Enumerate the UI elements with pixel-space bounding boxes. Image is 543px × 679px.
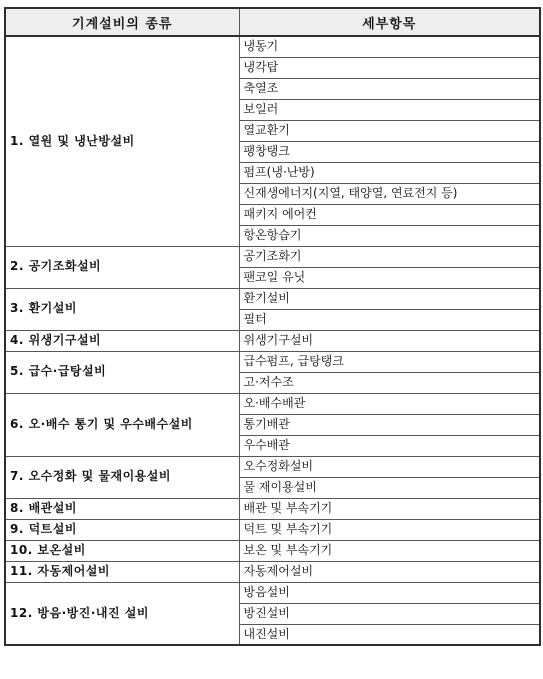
category-cell: 2. 공기조화설비 (5, 246, 239, 288)
item-cell: 방진설비 (239, 603, 540, 624)
item-cell: 열교환기 (239, 120, 540, 141)
table-row: 3. 환기설비환기설비 (5, 288, 540, 309)
equipment-table: 기계설비의 종류 세부항목 1. 열원 및 냉난방설비냉동기냉각탑축열조보일러열… (4, 7, 541, 646)
item-cell: 급수펌프, 급탕탱크 (239, 351, 540, 372)
item-cell: 펌프(냉·난방) (239, 162, 540, 183)
item-cell: 고·저수조 (239, 372, 540, 393)
item-cell: 환기설비 (239, 288, 540, 309)
table-row: 1. 열원 및 냉난방설비냉동기 (5, 36, 540, 57)
table-row: 8. 배관설비배관 및 부속기기 (5, 498, 540, 519)
item-cell: 위생기구설비 (239, 330, 540, 351)
table-row: 6. 오·배수 통기 및 우수배수설비오·배수배관 (5, 393, 540, 414)
header-row: 기계설비의 종류 세부항목 (5, 8, 540, 36)
table-row: 9. 덕트설비덕트 및 부속기기 (5, 519, 540, 540)
item-cell: 방음설비 (239, 582, 540, 603)
item-cell: 패키지 에어컨 (239, 204, 540, 225)
category-cell: 10. 보온설비 (5, 540, 239, 561)
category-cell: 12. 방음·방진·내진 설비 (5, 582, 239, 645)
category-cell: 5. 급수·급탕설비 (5, 351, 239, 393)
item-cell: 필터 (239, 309, 540, 330)
document-page: 기계설비의 종류 세부항목 1. 열원 및 냉난방설비냉동기냉각탑축열조보일러열… (0, 0, 543, 679)
item-cell: 신재생에너지(지열, 태양열, 연료전지 등) (239, 183, 540, 204)
table-row: 11. 자동제어설비자동제어설비 (5, 561, 540, 582)
table-body: 1. 열원 및 냉난방설비냉동기냉각탑축열조보일러열교환기팽창탱크펌프(냉·난방… (5, 36, 540, 645)
column-header-category: 기계설비의 종류 (5, 8, 239, 36)
table-row: 4. 위생기구설비위생기구설비 (5, 330, 540, 351)
category-cell: 1. 열원 및 냉난방설비 (5, 36, 239, 246)
item-cell: 보일러 (239, 99, 540, 120)
table-row: 5. 급수·급탕설비급수펌프, 급탕탱크 (5, 351, 540, 372)
item-cell: 우수배관 (239, 435, 540, 456)
item-cell: 물 재이용설비 (239, 477, 540, 498)
item-cell: 오·배수배관 (239, 393, 540, 414)
category-cell: 11. 자동제어설비 (5, 561, 239, 582)
item-cell: 냉각탑 (239, 57, 540, 78)
item-cell: 축열조 (239, 78, 540, 99)
category-cell: 9. 덕트설비 (5, 519, 239, 540)
table-row: 10. 보온설비보온 및 부속기기 (5, 540, 540, 561)
item-cell: 자동제어설비 (239, 561, 540, 582)
column-header-detail: 세부항목 (239, 8, 540, 36)
table-header: 기계설비의 종류 세부항목 (5, 8, 540, 36)
item-cell: 팽창탱크 (239, 141, 540, 162)
item-cell: 덕트 및 부속기기 (239, 519, 540, 540)
item-cell: 배관 및 부속기기 (239, 498, 540, 519)
table-row: 12. 방음·방진·내진 설비방음설비 (5, 582, 540, 603)
item-cell: 내진설비 (239, 624, 540, 645)
item-cell: 항온항습기 (239, 225, 540, 246)
category-cell: 7. 오수정화 및 물재이용설비 (5, 456, 239, 498)
table-row: 7. 오수정화 및 물재이용설비오수정화설비 (5, 456, 540, 477)
item-cell: 통기배관 (239, 414, 540, 435)
category-cell: 4. 위생기구설비 (5, 330, 239, 351)
item-cell: 냉동기 (239, 36, 540, 57)
category-cell: 8. 배관설비 (5, 498, 239, 519)
item-cell: 보온 및 부속기기 (239, 540, 540, 561)
category-cell: 6. 오·배수 통기 및 우수배수설비 (5, 393, 239, 456)
category-cell: 3. 환기설비 (5, 288, 239, 330)
item-cell: 팬코일 유닛 (239, 267, 540, 288)
item-cell: 공기조화기 (239, 246, 540, 267)
item-cell: 오수정화설비 (239, 456, 540, 477)
table-row: 2. 공기조화설비공기조화기 (5, 246, 540, 267)
